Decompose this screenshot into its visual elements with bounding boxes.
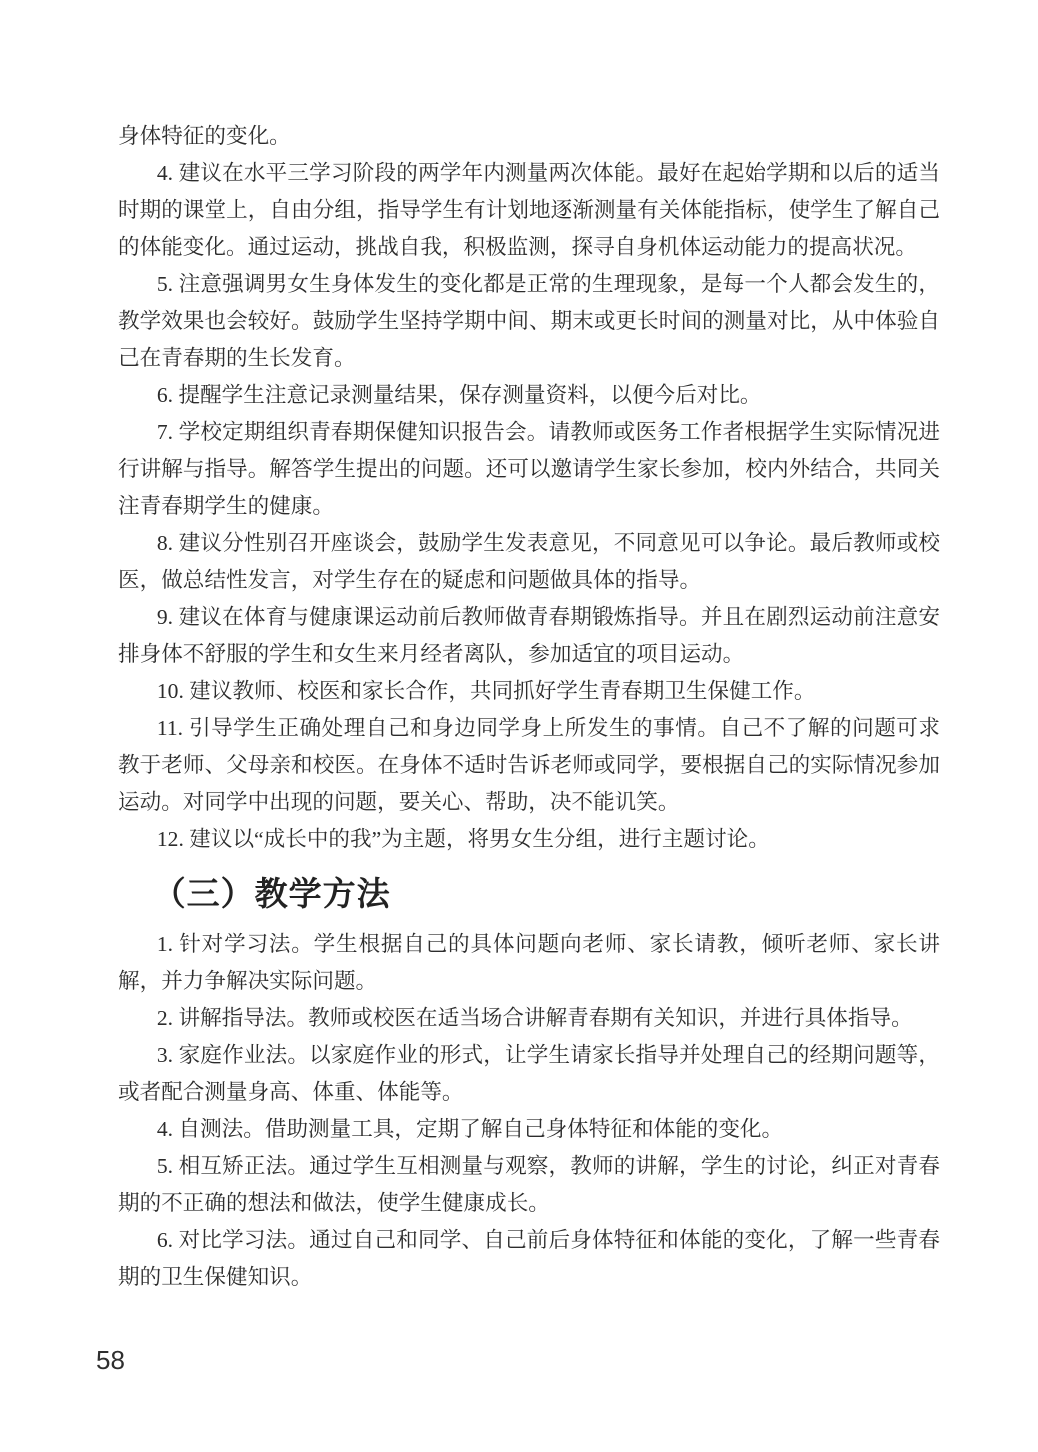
numbered-paragraph-11: 11. 引导学生正确处理自己和身边同学身上所发生的事情。自己不了解的问题可求教于… (118, 710, 940, 821)
numbered-paragraph-12: 12. 建议以“成长中的我”为主题，将男女生分组，进行主题讨论。 (118, 821, 940, 858)
section-heading: （三）教学方法 (118, 873, 940, 917)
method-paragraph-3: 3. 家庭作业法。以家庭作业的形式，让学生请家长指导并处理自己的经期问题等，或者… (118, 1037, 940, 1111)
numbered-paragraph-8: 8. 建议分性别召开座谈会，鼓励学生发表意见，不同意见可以争论。最后教师或校医，… (118, 525, 940, 599)
text-column: 身体特征的变化。 4. 建议在水平三学习阶段的两学年内测量两次体能。最好在起始学… (118, 118, 940, 1296)
numbered-paragraph-10: 10. 建议教师、校医和家长合作，共同抓好学生青春期卫生保健工作。 (118, 673, 940, 710)
numbered-paragraph-6: 6. 提醒学生注意记录测量结果，保存测量资料，以便今后对比。 (118, 377, 940, 414)
method-paragraph-4: 4. 自测法。借助测量工具，定期了解自己身体特征和体能的变化。 (118, 1111, 940, 1148)
method-paragraph-5: 5. 相互矫正法。通过学生互相测量与观察，教师的讲解，学生的讨论，纠正对青春期的… (118, 1148, 940, 1222)
numbered-paragraph-9: 9. 建议在体育与健康课运动前后教师做青春期锻炼指导。并且在剧烈运动前注意安排身… (118, 599, 940, 673)
numbered-paragraph-7: 7. 学校定期组织青春期保健知识报告会。请教师或医务工作者根据学生实际情况进行讲… (118, 414, 940, 525)
method-paragraph-2: 2. 讲解指导法。教师或校医在适当场合讲解青春期有关知识，并进行具体指导。 (118, 1000, 940, 1037)
method-paragraph-1: 1. 针对学习法。学生根据自己的具体问题向老师、家长请教，倾听老师、家长讲解，并… (118, 926, 940, 1000)
document-page: 身体特征的变化。 4. 建议在水平三学习阶段的两学年内测量两次体能。最好在起始学… (0, 0, 1038, 1452)
numbered-paragraph-4: 4. 建议在水平三学习阶段的两学年内测量两次体能。最好在起始学期和以后的适当时期… (118, 155, 940, 266)
method-paragraph-6: 6. 对比学习法。通过自己和同学、自己前后身体特征和体能的变化，了解一些青春期的… (118, 1222, 940, 1296)
continuation-paragraph: 身体特征的变化。 (118, 118, 940, 155)
page-number: 58 (96, 1345, 125, 1375)
numbered-paragraph-5: 5. 注意强调男女生身体发生的变化都是正常的生理现象，是每一个人都会发生的，教学… (118, 266, 940, 377)
